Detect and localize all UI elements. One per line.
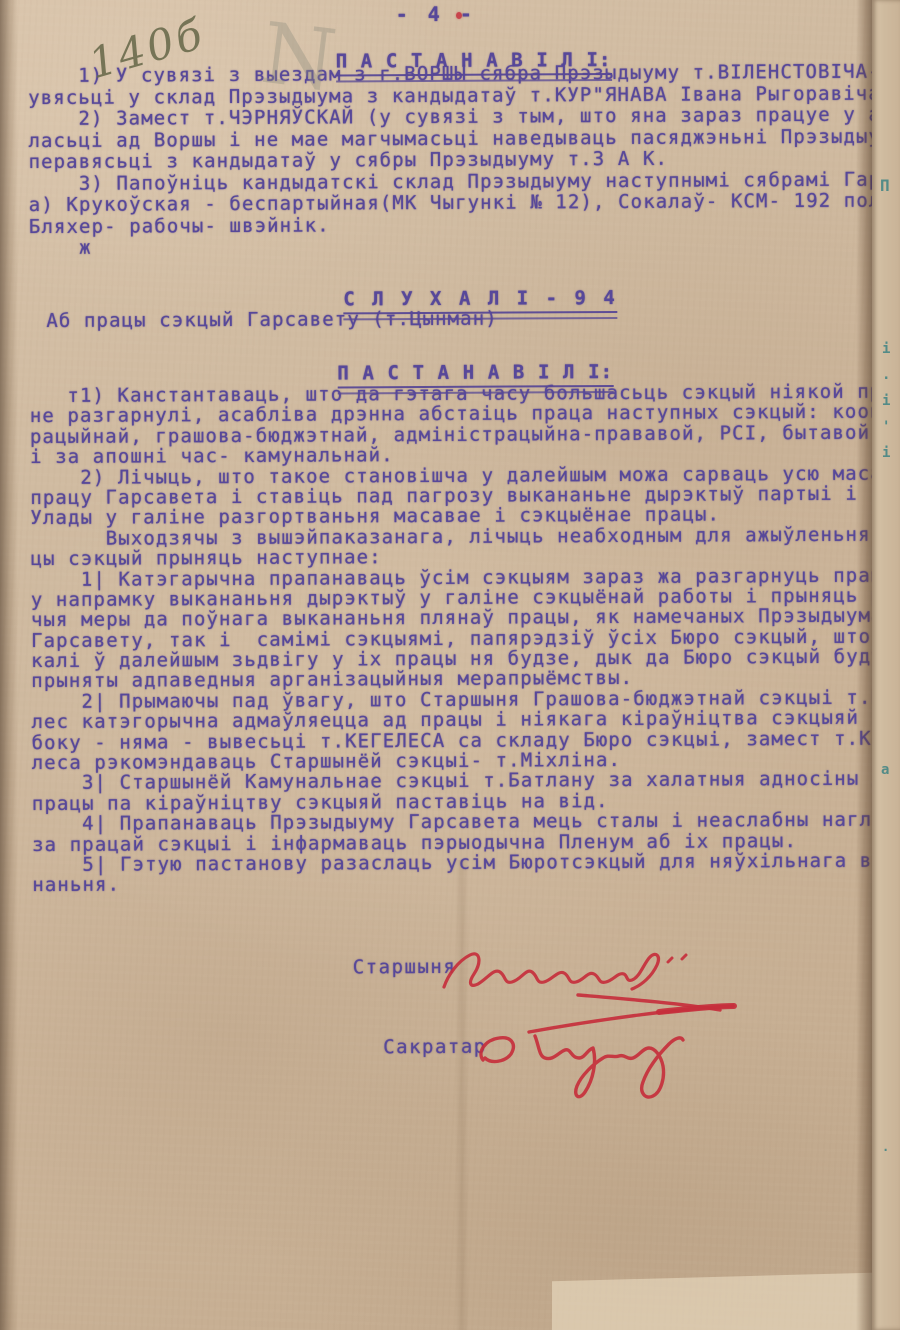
typed-text-line: Выходзячы з вышэйпаказанага, лічыць неаб… xyxy=(30,524,895,549)
underlying-page-text-fragment: П xyxy=(880,176,890,195)
typed-text-line: 5| Гэтую пастанову разаслаць усім Бюротс… xyxy=(32,851,897,876)
page-number: - 4 - xyxy=(0,0,872,28)
underlying-page-text-fragment-2: а xyxy=(881,762,889,778)
typed-text-line: а) Крукоўская - беспартыйная(МК Чыгункі … xyxy=(29,191,894,217)
heading-heard: С Л У Х А Л І - 9 4 xyxy=(1,264,873,345)
secretary-signature xyxy=(455,998,745,1110)
typed-text-layer: - 4 - П А С Т А Н А В І Л І: 1) У сувязі… xyxy=(0,0,900,1330)
underlying-page-dot: . xyxy=(882,1140,889,1154)
underlying-page-strip: П і.і'і а . xyxy=(872,0,900,1330)
resolution-1-text: 1) У сувязі з выездам з г.ВОРШЫ сябра Пр… xyxy=(28,62,894,260)
document-scan: - 4 - П А С Т А Н А В І Л І: 1) У сувязі… xyxy=(0,0,900,1330)
typed-text-line: рацыйнай, грашова-бюджэтнай, адміністрац… xyxy=(30,422,895,447)
pencil-n-mark: N xyxy=(256,4,341,110)
red-ink-speck xyxy=(456,12,462,19)
page-edge-left xyxy=(0,0,18,1330)
underlying-page-smudge: і.і'і xyxy=(882,336,890,466)
typed-text-line: ж xyxy=(29,234,894,260)
resolution-2-text: т1) Канстантаваць, што да гэтага часу бо… xyxy=(30,382,898,896)
agenda-line: Аб працы сэкцый Гарсавету (т.Цынман) xyxy=(46,308,498,332)
page-fold-shadow xyxy=(856,0,872,1330)
